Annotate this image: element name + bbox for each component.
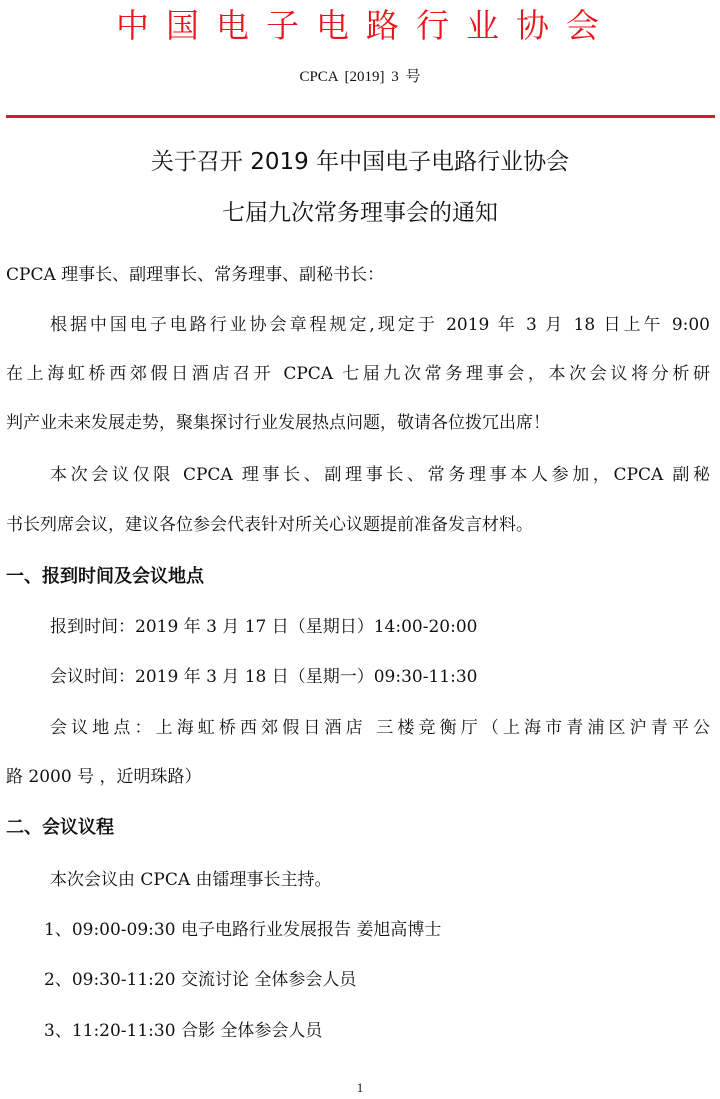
section-1-heading: 一、报到时间及会议地点 — [6, 565, 204, 589]
agenda-item: 3、11:20-11:30 合影 全体参会人员 — [44, 1019, 322, 1043]
registration-time: 报到时间：2019 年 3 月 17 日（星期日）14:00-20:00 — [50, 615, 477, 639]
notice-title-line-1: 关于召开 2019 年中国电子电路行业协会 — [0, 146, 720, 178]
paragraph-2-line-1: 本次会议仅限 CPCA 理事长、副理事长、常务理事本人参加，CPCA 副秘 — [50, 463, 710, 487]
meeting-time: 会议时间：2019 年 3 月 18 日（星期一）09:30-11:30 — [50, 665, 477, 689]
agenda-item: 2、09:30-11:20 交流讨论 全体参会人员 — [44, 968, 356, 992]
org-letterhead-title: 中国电子电路行业协会 — [0, 4, 720, 48]
venue-line-1: 会议地点：上海虹桥西郊假日酒店 三楼竞衡厅（上海市青浦区沪青平公 — [50, 716, 710, 740]
document-number: CPCA [2019] 3 号 — [0, 66, 720, 88]
letterhead-red-rule — [6, 115, 715, 118]
venue-line-2: 路 2000 号 ，近明珠路） — [6, 765, 201, 789]
paragraph-1-line-2: 在上海虹桥西郊假日酒店召开 CPCA 七届九次常务理事会，本次会议将分析研 — [6, 362, 710, 386]
agenda-item: 1、09:00-09:30 电子电路行业发展报告 姜旭高博士 — [44, 918, 441, 942]
section-2-heading: 二、会议议程 — [6, 816, 114, 840]
paragraph-1-line-3: 判产业未来发展走势，聚集探讨行业发展热点问题，敬请各位拨冗出席！ — [6, 411, 550, 435]
salutation: CPCA 理事长、副理事长、常务理事、副秘书长： — [6, 263, 384, 287]
page-number: 1 — [0, 1080, 720, 1096]
notice-title-line-2: 七届九次常务理事会的通知 — [0, 197, 720, 229]
paragraph-1-line-1: 根据中国电子电路行业协会章程规定,现定于 2019 年 3 月 18 日上午 9… — [50, 313, 710, 337]
paragraph-2-line-2: 书长列席会议，建议各位参会代表针对所关心议题提前准备发言材料。 — [6, 513, 533, 537]
agenda-intro: 本次会议由 CPCA 由镭理事长主持。 — [50, 868, 332, 892]
